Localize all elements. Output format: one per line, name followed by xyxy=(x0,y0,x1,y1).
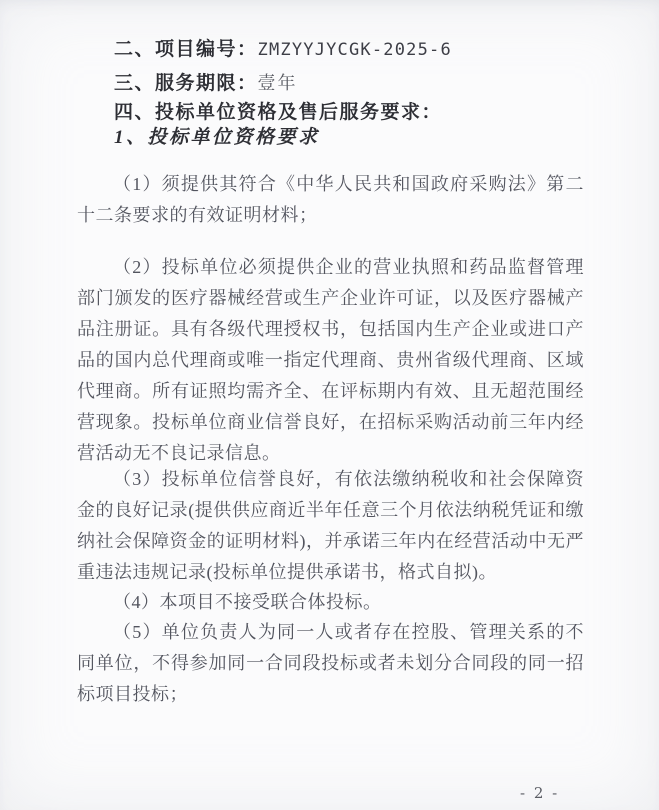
heading-service-period: 三、服务期限：壹年 xyxy=(114,71,594,96)
clause-5-paragraph: （5）单位负责人为同一人或者存在控股、管理关系的不同单位，不得参加同一合同段投标… xyxy=(77,617,584,710)
clause-2-paragraph: （2）投标单位必须提供企业的营业执照和药品监督管理部门颁发的医疗器械经营或生产企… xyxy=(77,252,584,469)
heading-project-number: 二、项目编号：ZMZYYJYCGK-2025-6 xyxy=(114,38,594,62)
clause-3-paragraph: （3）投标单位信誉良好，有依法缴纳税收和社会保障资金的良好记录(提供供应商近半年… xyxy=(77,464,584,588)
project-number-value: ZMZYYJYCGK-2025-6 xyxy=(258,40,452,60)
heading-project-number-label: 二、项目编号： xyxy=(114,39,258,60)
clause-4-paragraph: （4）本项目不接受联合体投标。 xyxy=(77,587,584,618)
heading-subsection-qualification: 1、投标单位资格要求 xyxy=(114,126,594,150)
heading-section-four: 四、投标单位资格及售后服务要求： xyxy=(114,101,594,125)
page-number: - 2 - xyxy=(520,784,559,802)
heading-section-four-label: 四、投标单位资格及售后服务要求： xyxy=(114,102,442,123)
heading-subsection-qualification-label: 1、投标单位资格要求 xyxy=(114,127,320,148)
scanned-document-page: 二、项目编号：ZMZYYJYCGK-2025-6 三、服务期限：壹年 四、投标单… xyxy=(0,0,659,810)
service-period-value: 壹年 xyxy=(258,73,298,93)
clause-1-paragraph: （1）须提供其符合《中华人民共和国政府采购法》第二十二条要求的有效证明材料； xyxy=(77,169,584,231)
heading-service-period-label: 三、服务期限： xyxy=(114,73,258,94)
